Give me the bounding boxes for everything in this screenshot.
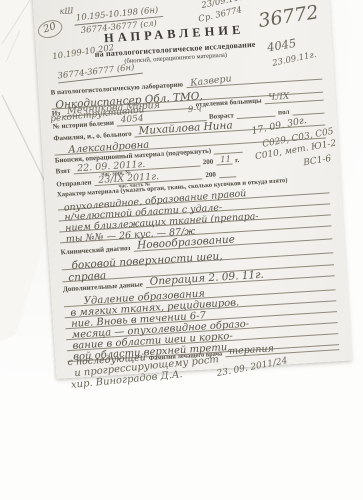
sex-label: пол bbox=[278, 109, 290, 117]
taken-label: Взят bbox=[55, 168, 70, 176]
codes-handwriting-3: ВС1-6 bbox=[303, 155, 332, 169]
attending-doctor-value: терапия bbox=[229, 344, 274, 356]
history-number-value: 4054 bbox=[120, 115, 143, 125]
sent-label: Отправлен bbox=[56, 179, 91, 188]
sent-year-prefix: 200 bbox=[205, 172, 216, 180]
hospital-line: ЧЛХ bbox=[264, 91, 323, 105]
taken-year-suffix: г. bbox=[235, 157, 240, 164]
material-line bbox=[214, 143, 243, 155]
hospital-value-handwriting: ЧЛХ bbox=[268, 93, 289, 103]
corner-mark-handwriting: кШ bbox=[59, 7, 73, 16]
taken-year-prefix: 200 bbox=[203, 159, 214, 167]
from-label2: отделения больницы bbox=[195, 97, 261, 108]
referral-form-paper: кШ 10.195-10.198 (6н) 23/09.11г 36774-36… bbox=[32, 0, 352, 379]
taken-year-line: 11 bbox=[216, 154, 232, 165]
sent-year-line bbox=[218, 167, 236, 178]
taken-year-value: 11 bbox=[220, 155, 231, 164]
sex-line bbox=[292, 104, 324, 116]
age-line bbox=[236, 107, 275, 119]
scanned-referral-photo: кШ 10.195-10.198 (6н) 23/09.11г 36774-36… bbox=[0, 0, 363, 500]
